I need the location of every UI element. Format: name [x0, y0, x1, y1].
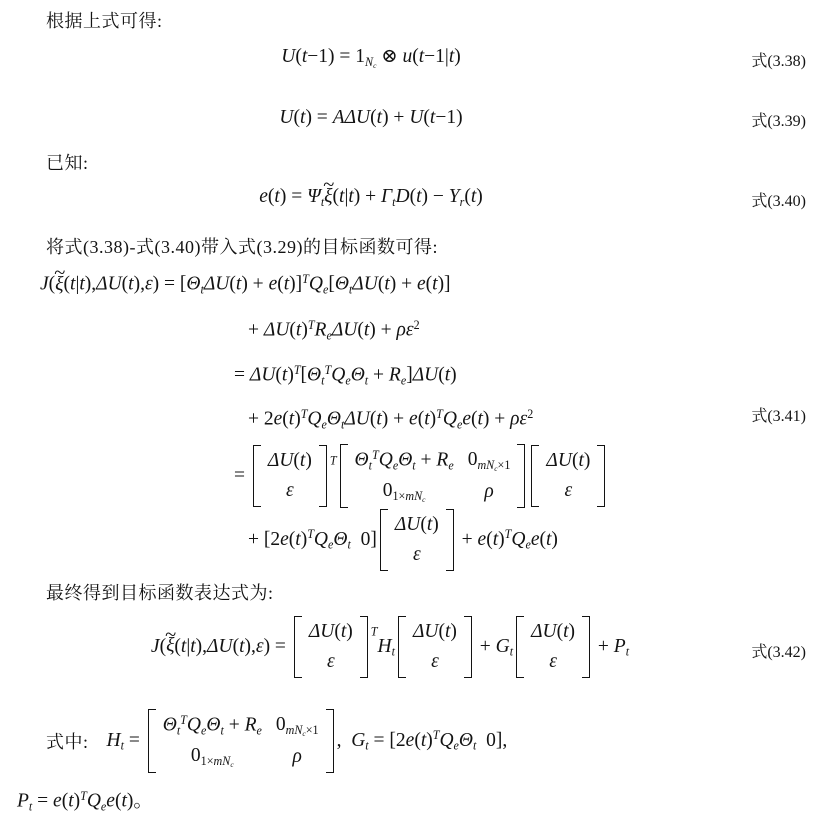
pt-math: Pt = e(t)TQee(t)。 [17, 789, 153, 815]
equation-341-line-2: + ΔU(t)TReΔU(t) + ρε2 [248, 308, 828, 354]
equation-341-line-3-math: = ΔU(t)T[ΘtTQeΘt + Re]ΔU(t) [234, 363, 457, 389]
equation-339-math: U(t) = AΔU(t) + U(t−1) [279, 106, 462, 130]
paragraph-known: 已知: [46, 149, 89, 175]
equation-341-line-2-math: + ΔU(t)TReΔU(t) + ρε2 [248, 318, 420, 344]
equation-label-338: 式(3.38) [751, 48, 806, 71]
equation-label-341: 式(3.41) [751, 403, 806, 426]
equation-342: J(~ξ(t|t),ΔU(t),ε) = ΔU(t)εTHtΔU(t)ε + G… [40, 608, 740, 686]
equation-341-line-5-math: = ΔU(t)εTΘtTQeΘt + Re0mNc×101×mNcρΔU(t)ε [234, 444, 608, 509]
pt-definition: Pt = e(t)TQee(t)。 [17, 782, 153, 822]
paragraph-final: 最终得到目标函数表达式为: [46, 579, 274, 605]
equation-338: U(t−1) = 1Nc ⊗ u(t−1|t) [0, 38, 742, 78]
equation-342-math: J(~ξ(t|t),ΔU(t),ε) = ΔU(t)εTHtΔU(t)ε + G… [151, 616, 629, 679]
paragraph-intro: 根据上式可得: [46, 7, 163, 33]
where-prefix: 式中: [46, 728, 89, 754]
equation-340: e(t) = Ψt~ξ(t|t) + ΓtD(t) − Yr(t) [0, 174, 742, 220]
equation-341: J(~ξ(t|t),ΔU(t),ε) = [ΘtΔU(t) + e(t)]TQe… [0, 262, 828, 570]
equation-341-line-1-math: J(~ξ(t|t),ΔU(t),ε) = [ΘtΔU(t) + e(t)]TQe… [40, 272, 451, 298]
equation-339: U(t) = AΔU(t) + U(t−1) [0, 99, 742, 137]
equation-label-340: 式(3.40) [751, 188, 806, 211]
thesis-page: 根据上式可得: U(t−1) = 1Nc ⊗ u(t−1|t) 式(3.38) … [0, 0, 828, 826]
equation-341-line-4-math: + 2e(t)TQeΘtΔU(t) + e(t)TQee(t) + ρε2 [248, 407, 533, 433]
equation-338-math: U(t−1) = 1Nc ⊗ u(t−1|t) [281, 45, 461, 70]
where-ht-gt-math: Ht = ΘtTQeΘt + Re0mNc×101×mNcρ, Gt = [2e… [107, 709, 508, 774]
equation-341-line-6-math: + [2e(t)TQeΘt 0]ΔU(t)ε + e(t)TQee(t) [248, 509, 558, 572]
equation-341-line-5: = ΔU(t)εTΘtTQeΘt + Re0mNc×101×mNcρΔU(t)ε [234, 442, 828, 510]
equation-label-342: 式(3.42) [751, 639, 806, 662]
where-clause: 式中: Ht = ΘtTQeΘt + Re0mNc×101×mNcρ, Gt =… [46, 696, 507, 786]
equation-341-line-6: + [2e(t)TQeΘt 0]ΔU(t)ε + e(t)TQee(t) [248, 510, 828, 570]
equation-341-line-4: + 2e(t)TQeΘtΔU(t) + e(t)TQee(t) + ρε2 [248, 398, 828, 442]
equation-340-math: e(t) = Ψt~ξ(t|t) + ΓtD(t) − Yr(t) [259, 185, 482, 210]
equation-341-line-3: = ΔU(t)T[ΘtTQeΘt + Re]ΔU(t) [234, 354, 828, 398]
equation-341-line-1: J(~ξ(t|t),ΔU(t),ε) = [ΘtΔU(t) + e(t)]TQe… [40, 262, 828, 308]
equation-label-339: 式(3.39) [751, 108, 806, 131]
paragraph-substitute: 将式(3.38)-式(3.40)带入式(3.29)的目标函数可得: [46, 233, 438, 259]
